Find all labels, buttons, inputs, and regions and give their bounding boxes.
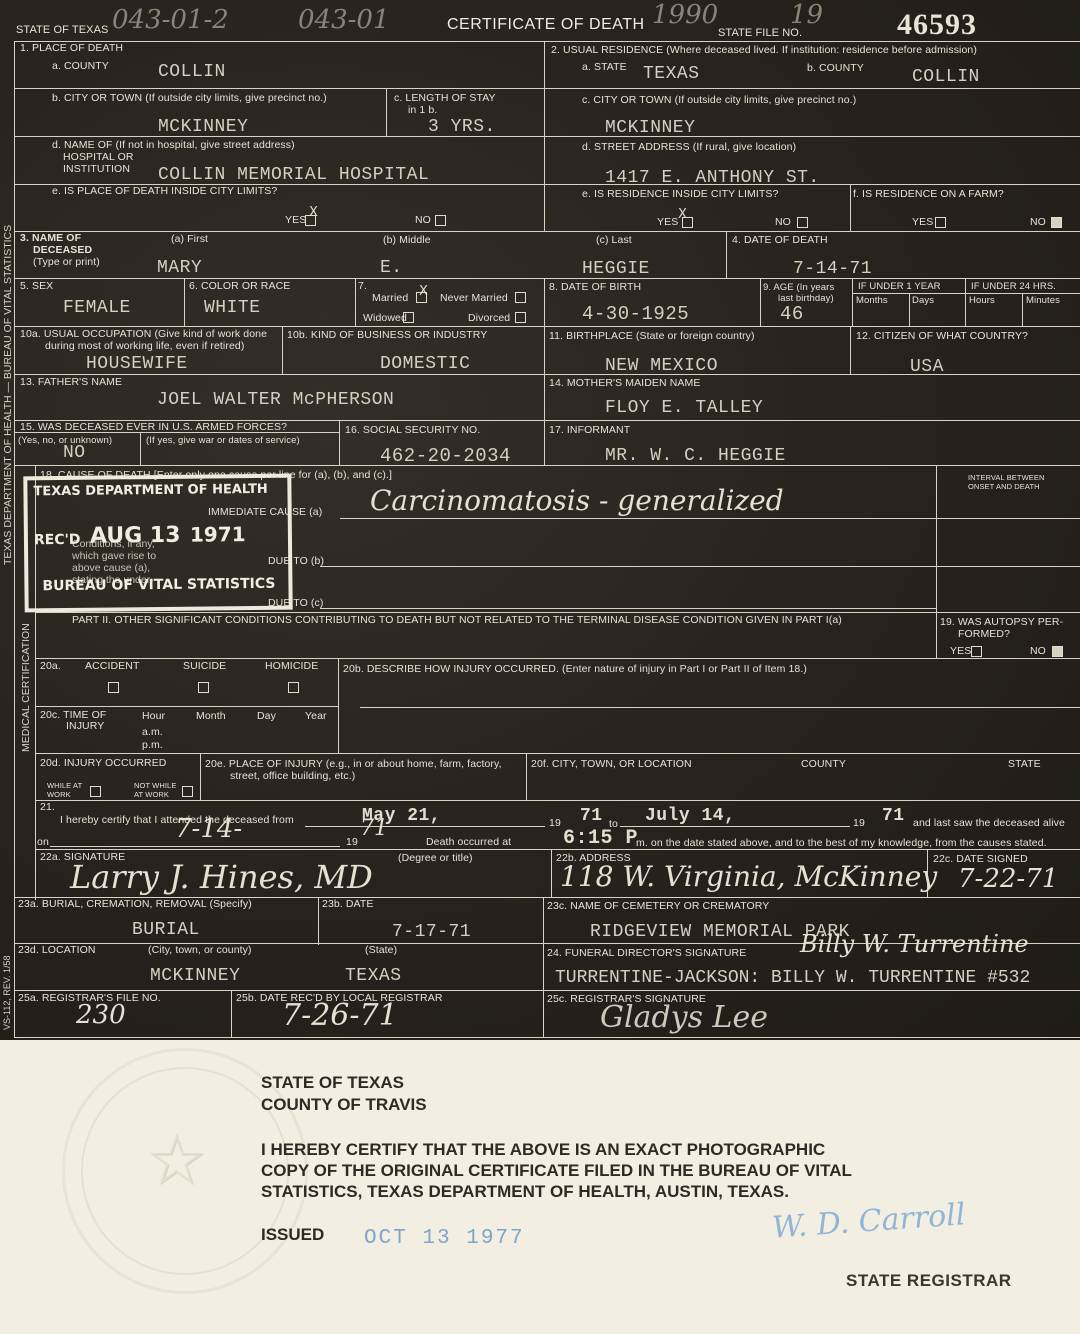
homicide-label: HOMICIDE [265, 660, 318, 672]
rule [852, 293, 1080, 294]
farm-no-checkbox-checked[interactable] [1051, 217, 1062, 228]
location-label: 23d. LOCATION [18, 944, 96, 956]
rule [340, 518, 936, 519]
rule [50, 846, 340, 847]
on-label: on [37, 836, 49, 848]
suicide-label: SUICIDE [183, 660, 226, 672]
res-yes-label: YES [657, 216, 678, 228]
injury-location-label: 20f. CITY, TOWN, OR LOCATION [531, 758, 692, 770]
age-value: 46 [780, 304, 804, 324]
farm-yes-checkbox[interactable] [935, 217, 946, 228]
certified-state: STATE OF TEXAS [261, 1072, 404, 1093]
location-state-label: (State) [365, 944, 397, 956]
divorced-checkbox[interactable] [515, 312, 526, 323]
injury-county-label: COUNTY [801, 758, 846, 770]
hospital-label-3: INSTITUTION [63, 163, 130, 175]
rule [184, 278, 185, 326]
death-occurred-label: Death occurred at [426, 836, 511, 848]
city-label: b. CITY OR TOWN (If outside city limits,… [52, 92, 327, 104]
rule [14, 326, 1080, 327]
rule [35, 612, 1080, 613]
rule [965, 278, 966, 326]
funeral-director-signature: Billy W. Turrentine [800, 930, 1029, 958]
to-year-prefix: 19 [853, 817, 865, 829]
inside-limits-label: e. IS PLACE OF DEATH INSIDE CITY LIMITS? [52, 185, 277, 197]
last-name-value: HEGGIE [582, 259, 650, 279]
street-value: 1417 E. ANTHONY ST. [605, 168, 820, 188]
rule [355, 278, 356, 326]
citizen-value: USA [910, 357, 944, 377]
location-city-value: MCKINNEY [150, 966, 240, 986]
res-city-value: MCKINNEY [605, 118, 695, 138]
attended-to-year: 71 [882, 806, 905, 826]
hospital-value: COLLIN MEMORIAL HOSPITAL [158, 165, 429, 185]
rule [14, 278, 1080, 279]
farm-yes-label: YES [912, 216, 933, 228]
first-name-label: (a) First [171, 233, 208, 245]
autopsy-label: 19. WAS AUTOPSY PER- [940, 616, 1063, 628]
rule [14, 41, 15, 1037]
race-value: WHITE [204, 298, 261, 318]
state-file-number: 46593 [897, 8, 977, 42]
on-year-prefix: 19 [346, 836, 358, 848]
am-label: a.m. [142, 726, 163, 738]
hospital-label-2: HOSPITAL OR [63, 151, 134, 163]
immediate-cause-value: Carcinomatosis - generalized [370, 484, 784, 517]
rule [14, 231, 1080, 232]
autopsy-label-2: FORMED? [958, 628, 1010, 640]
rule [338, 658, 339, 753]
attended-to-date: July 14, [645, 806, 735, 826]
funeral-director-value: TURRENTINE-JACKSON: BILLY W. TURRENTINE … [555, 968, 1030, 988]
death-certificate-photostat: STATE OF TEXAS 043-01-2 043-01 CERTIFICA… [0, 0, 1080, 1040]
certified-statement-line: COPY OF THE ORIGINAL CERTIFICATE FILED I… [261, 1160, 852, 1181]
while-at-work-label: WHILE AT WORK [47, 781, 87, 799]
rule [386, 88, 387, 136]
form-number: VS-112, REV. 1/58 [2, 955, 12, 1030]
ssn-value: 462-20-2034 [380, 446, 511, 466]
injury-state-label: STATE [1008, 758, 1041, 770]
place-of-injury-label: 20e. PLACE OF INJURY (e.g., in or about … [205, 758, 502, 770]
side-medical-certification: MEDICAL CERTIFICATION [20, 623, 32, 752]
check-x-icon: X [678, 208, 687, 221]
location-city-label: (City, town, or county) [148, 944, 252, 956]
certified-county: COUNTY OF TRAVIS [261, 1094, 427, 1115]
street-label: d. STREET ADDRESS (If rural, give locati… [582, 141, 796, 153]
rule [231, 990, 232, 1037]
widowed-label: Widowed [363, 312, 407, 324]
rule [620, 826, 850, 827]
informant-label: 17. INFORMANT [549, 424, 630, 436]
rule [14, 1037, 1080, 1038]
business-label: 10b. KIND OF BUSINESS OR INDUSTRY [287, 329, 487, 341]
rule [35, 753, 1080, 754]
check-x-icon: X [309, 206, 318, 219]
time-of-injury-label-2: INJURY [66, 720, 104, 732]
hour-label: Hour [142, 710, 165, 722]
under-year-label: IF UNDER 1 YEAR [858, 281, 941, 293]
hours-label: Hours [969, 295, 995, 307]
describe-injury-label: 20b. DESCRIBE HOW INJURY OCCURRED. (Ente… [343, 663, 807, 675]
received-stamp: TEXAS DEPARTMENT OF HEALTH REC'D AUG 13 … [23, 474, 292, 613]
last-name-label: (c) Last [596, 234, 632, 246]
married-label: Married [372, 292, 408, 304]
interval-label: INTERVAL BETWEEN [968, 473, 1044, 482]
disposition-label: 23a. BURIAL, CREMATION, REMOVAL (Specify… [18, 898, 252, 910]
rule [360, 707, 1080, 708]
farm-label: f. IS RESIDENCE ON A FARM? [853, 188, 1004, 200]
rule [14, 990, 1080, 991]
rule [35, 658, 1080, 659]
rule [852, 278, 853, 326]
rule [320, 566, 936, 567]
birthplace-label: 11. BIRTHPLACE (State or foreign country… [549, 330, 755, 342]
stamp-department: TEXAS DEPARTMENT OF HEALTH [33, 482, 267, 499]
stay-value: 3 YRS. [428, 117, 496, 137]
issued-date-stamp: OCT 13 1977 [364, 1227, 525, 1250]
accident-checkbox[interactable] [108, 682, 119, 693]
days-label: Days [912, 295, 934, 307]
father-value: JOEL WALTER McPHERSON [157, 390, 394, 410]
year-label: Year [305, 710, 327, 722]
never-married-label: Never Married [440, 292, 508, 304]
mother-value: FLOY E. TALLEY [605, 398, 763, 418]
res-county-label: b. COUNTY [807, 62, 864, 74]
occupation-value: HOUSEWIFE [86, 354, 188, 374]
race-label: 6. COLOR OR RACE [189, 280, 290, 292]
pencil-code-1: 043-01-2 [112, 5, 229, 35]
stamp-year: 1971 [190, 522, 246, 547]
rule [200, 753, 201, 800]
res-state-label: a. STATE [582, 61, 627, 73]
sex-label: 5. SEX [20, 280, 53, 292]
business-value: DOMESTIC [380, 354, 470, 374]
res-state-value: TEXAS [643, 64, 700, 84]
part-two-label: PART II. OTHER SIGNIFICANT CONDITIONS CO… [72, 614, 842, 626]
certified-statement-line: STATISTICS, TEXAS DEPARTMENT OF HEALTH, … [261, 1181, 789, 1202]
last-seen-date-handwritten: 7-14- [175, 814, 242, 844]
rule [551, 849, 552, 897]
mother-label: 14. MOTHER'S MAIDEN NAME [549, 377, 700, 389]
burial-date-label: 23b. DATE [322, 898, 373, 910]
rule [282, 326, 283, 374]
rule [14, 465, 1080, 466]
suicide-checkbox[interactable] [198, 682, 209, 693]
death-city-value: MCKINNEY [158, 117, 248, 137]
rule [35, 800, 1080, 801]
registrar-signature: Gladys Lee [600, 1000, 768, 1035]
name-label-3: (Type or print) [33, 256, 100, 268]
autopsy-yes-checkbox[interactable] [971, 646, 982, 657]
rule [14, 88, 1080, 89]
rule [526, 753, 527, 800]
rule [850, 184, 851, 231]
registrar-file-value: 230 [76, 1000, 126, 1030]
res-city-label: c. CITY OR TOWN (If outside city limits,… [582, 94, 856, 106]
last-seen-year-handwritten: 71 [360, 816, 388, 841]
certificate-title: CERTIFICATE OF DEATH [447, 16, 645, 34]
label-20a: 20a. [40, 660, 61, 672]
place-of-death-label: 1. PLACE OF DEATH [20, 42, 123, 54]
accident-label: ACCIDENT [85, 660, 139, 672]
sex-value: FEMALE [63, 298, 131, 318]
res-inside-no-checkbox[interactable] [797, 217, 808, 228]
father-label: 13. FATHER'S NAME [20, 376, 122, 388]
pencil-year: 1990 [652, 0, 718, 30]
day-label: Day [257, 710, 276, 722]
first-name-value: MARY [157, 258, 202, 278]
minutes-label: Minutes [1026, 295, 1060, 307]
autopsy-yes-label: YES [950, 645, 971, 657]
rule [850, 326, 851, 374]
rule [35, 706, 338, 707]
pencil-19: 19 [790, 0, 823, 30]
rule [140, 432, 141, 465]
injury-occurred-label: 20d. INJURY OCCURRED [40, 757, 166, 769]
res-no-label: NO [775, 216, 791, 228]
rule [760, 278, 761, 326]
armed-service-label: (If yes, give war or dates of service) [146, 435, 300, 447]
usual-residence-label: 2. USUAL RESIDENCE (Where deceased lived… [551, 44, 977, 56]
rule [318, 897, 319, 945]
state-registrar-title: STATE REGISTRAR [846, 1271, 1012, 1291]
item-21-label: 21. [40, 801, 55, 813]
rule [1022, 293, 1023, 326]
res-inside-limits-label: e. IS RESIDENCE INSIDE CITY LIMITS? [582, 188, 778, 200]
date-received-value: 7-26-71 [282, 998, 398, 1033]
pm-label: p.m. [142, 739, 163, 751]
months-label: Months [856, 295, 888, 307]
from-year-prefix: 19 [549, 817, 561, 829]
attended-from-year: 71 [580, 806, 603, 826]
dob-label: 8. DATE OF BIRTH [549, 281, 641, 293]
location-state-value: TEXAS [345, 966, 402, 986]
physician-signature: Larry J. Hines, MD [70, 858, 373, 896]
rule [320, 608, 936, 609]
rule [305, 826, 545, 827]
stay-label-2: in 1 b. [408, 104, 437, 116]
stamp-bureau: BUREAU OF VITAL STATISTICS [42, 576, 275, 594]
occupation-label: 10a. USUAL OCCUPATION (Give kind of work… [20, 328, 267, 340]
middle-name-label: (b) Middle [383, 234, 431, 246]
while-at-work-checkbox[interactable] [90, 786, 101, 797]
rule [936, 465, 937, 658]
disposition-value: BURIAL [132, 920, 200, 940]
death-time-value: 6:15 P [563, 829, 638, 849]
funeral-director-label: 24. FUNERAL DIRECTOR'S SIGNATURE [547, 947, 746, 959]
rule [936, 566, 1080, 567]
place-of-injury-label-2: street, office building, etc.) [230, 770, 355, 782]
ssn-label: 16. SOCIAL SECURITY NO. [345, 424, 480, 436]
no-label: NO [415, 214, 431, 226]
inside-limits-no-checkbox[interactable] [435, 215, 446, 226]
autopsy-no-checkbox-checked[interactable] [1052, 646, 1063, 657]
certified-statement-line: I HEREBY CERTIFY THAT THE ABOVE IS AN EX… [261, 1139, 825, 1160]
not-while-at-work-label: NOT WHILE AT WORK [134, 781, 184, 799]
dod-label: 4. DATE OF DEATH [732, 234, 828, 246]
farm-no-label: NO [1030, 216, 1046, 228]
citizen-label: 12. CITIZEN OF WHAT COUNTRY? [856, 330, 1028, 342]
cemetery-label: 23c. NAME OF CEMETERY OR CREMATORY [547, 900, 769, 912]
res-county-value: COLLIN [912, 67, 980, 87]
physician-address: 118 W. Virginia, McKinney [560, 860, 937, 893]
last-saw-text: and last saw the deceased alive [913, 817, 1065, 829]
armed-forces-value: NO [63, 443, 86, 463]
state-label: STATE OF TEXAS [16, 24, 108, 36]
name-label-2: DECEASED [33, 244, 92, 256]
yes-label: YES [285, 214, 306, 226]
stamp-recd: REC'D [34, 532, 81, 548]
birthplace-value: NEW MEXICO [605, 356, 718, 376]
marital-label: 7. [358, 280, 367, 292]
rule [35, 849, 1080, 850]
interval-label-2: ONSET AND DEATH [968, 482, 1040, 491]
pencil-code-2: 043-01 [298, 5, 390, 35]
divorced-label: Divorced [468, 312, 510, 324]
under-24-label: IF UNDER 24 HRS. [971, 281, 1056, 293]
rule [543, 897, 544, 1037]
month-label: Month [196, 710, 226, 722]
homicide-checkbox[interactable] [288, 682, 299, 693]
burial-date-value: 7-17-71 [392, 922, 471, 942]
middle-name-value: E. [380, 258, 403, 278]
date-signed-value: 7-22-71 [958, 864, 1058, 894]
stamp-date: AUG 13 [90, 523, 181, 549]
widowed-checkbox[interactable] [403, 312, 414, 323]
issued-label: ISSUED [261, 1224, 324, 1245]
side-department-text: TEXAS DEPARTMENT OF HEALTH — BUREAU OF V… [2, 225, 14, 565]
informant-value: MR. W. C. HEGGIE [605, 446, 786, 466]
hospital-label: d. NAME OF (If not in hospital, give str… [52, 139, 295, 151]
armed-forces-label: 15. WAS DECEASED EVER IN U.S. ARMED FORC… [20, 421, 287, 433]
star-icon: ☆ [145, 1125, 208, 1195]
check-x-icon: X [419, 285, 428, 298]
county-label: a. COUNTY [52, 60, 109, 72]
autopsy-no-label: NO [1030, 645, 1046, 657]
certification-tail-text: m. on the date stated above, and to the … [636, 837, 1047, 849]
rule [726, 231, 727, 278]
rule [936, 518, 1080, 519]
never-married-checkbox[interactable] [515, 292, 526, 303]
rule [14, 41, 1080, 42]
stay-label: c. LENGTH OF STAY [394, 92, 496, 104]
occupation-label-2: during most of working life, even if ret… [45, 340, 244, 352]
degree-label: (Degree or title) [398, 852, 473, 864]
dob-value: 4-30-1925 [582, 304, 689, 324]
death-county-value: COLLIN [158, 62, 226, 82]
rule [909, 293, 910, 326]
dod-value: 7-14-71 [793, 259, 872, 279]
not-while-at-work-checkbox[interactable] [182, 786, 193, 797]
rule [339, 420, 340, 465]
name-label: 3. NAME OF [20, 232, 81, 244]
